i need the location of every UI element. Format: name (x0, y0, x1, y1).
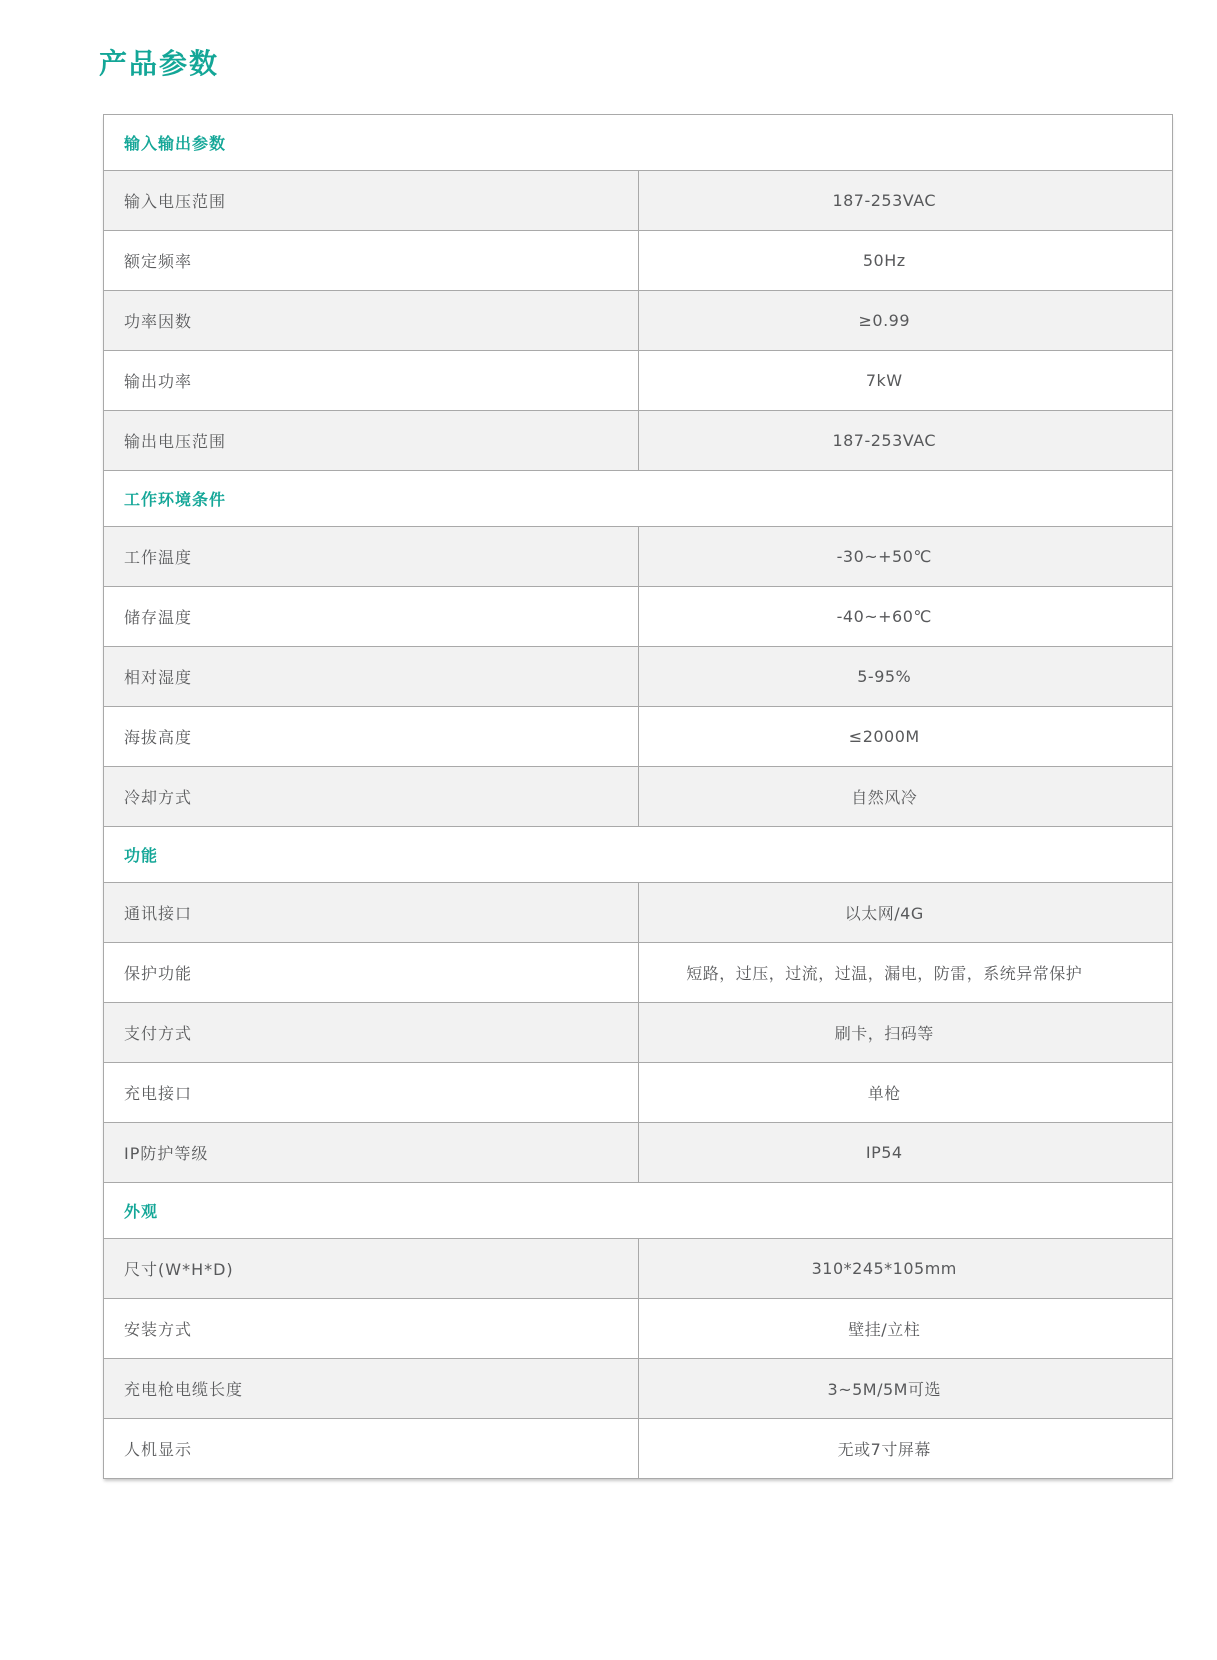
param-value: 无或7寸屏幕 (638, 1419, 1173, 1479)
param-value: 自然风冷 (638, 767, 1173, 827)
table-row: IP防护等级 IP54 (104, 1123, 1173, 1183)
table-row: 工作温度 -30~+50℃ (104, 527, 1173, 587)
param-label: 安装方式 (104, 1299, 639, 1359)
param-label: 人机显示 (104, 1419, 639, 1479)
param-value: 187-253VAC (638, 171, 1173, 231)
table-row: 充电枪电缆长度 3~5M/5M可选 (104, 1359, 1173, 1419)
param-label: IP防护等级 (104, 1123, 639, 1183)
param-value: 单枪 (638, 1063, 1173, 1123)
param-label: 相对湿度 (104, 647, 639, 707)
section-header-row: 外观 (104, 1183, 1173, 1239)
table-row: 人机显示 无或7寸屏幕 (104, 1419, 1173, 1479)
param-value: 壁挂/立柱 (638, 1299, 1173, 1359)
param-value: 5-95% (638, 647, 1173, 707)
table-row: 相对湿度 5-95% (104, 647, 1173, 707)
param-value: ≥0.99 (638, 291, 1173, 351)
table-row: 安装方式 壁挂/立柱 (104, 1299, 1173, 1359)
table-row: 功率因数 ≥0.99 (104, 291, 1173, 351)
section-header-row: 功能 (104, 827, 1173, 883)
param-label: 充电接口 (104, 1063, 639, 1123)
param-value: 7kW (638, 351, 1173, 411)
page-title: 产品参数 (99, 47, 1217, 81)
param-label: 尺寸(W*H*D) (104, 1239, 639, 1299)
param-label: 储存温度 (104, 587, 639, 647)
table-row: 输出功率 7kW (104, 351, 1173, 411)
section-header-row: 输入输出参数 (104, 115, 1173, 171)
param-label: 输出电压范围 (104, 411, 639, 471)
table-row: 海拔高度 ≤2000M (104, 707, 1173, 767)
param-label: 输入电压范围 (104, 171, 639, 231)
section-header-label: 输入输出参数 (104, 115, 1173, 171)
spec-table: 输入输出参数 输入电压范围 187-253VAC 额定频率 50Hz 功率因数 … (103, 114, 1173, 1479)
param-value: 短路，过压，过流，过温，漏电，防雷，系统异常保护 (638, 943, 1173, 1003)
table-row: 冷却方式 自然风冷 (104, 767, 1173, 827)
table-row: 额定频率 50Hz (104, 231, 1173, 291)
param-label: 支付方式 (104, 1003, 639, 1063)
param-value: ≤2000M (638, 707, 1173, 767)
param-value: 50Hz (638, 231, 1173, 291)
param-value: -40~+60℃ (638, 587, 1173, 647)
table-row: 保护功能 短路，过压，过流，过温，漏电，防雷，系统异常保护 (104, 943, 1173, 1003)
param-value: 3~5M/5M可选 (638, 1359, 1173, 1419)
param-label: 工作温度 (104, 527, 639, 587)
param-label: 保护功能 (104, 943, 639, 1003)
param-label: 充电枪电缆长度 (104, 1359, 639, 1419)
spec-table-body: 输入输出参数 输入电压范围 187-253VAC 额定频率 50Hz 功率因数 … (104, 115, 1173, 1479)
table-row: 通讯接口 以太网/4G (104, 883, 1173, 943)
table-row: 输入电压范围 187-253VAC (104, 171, 1173, 231)
table-row: 储存温度 -40~+60℃ (104, 587, 1173, 647)
section-header-row: 工作环境条件 (104, 471, 1173, 527)
param-value: 187-253VAC (638, 411, 1173, 471)
param-value: 刷卡，扫码等 (638, 1003, 1173, 1063)
table-row: 尺寸(W*H*D) 310*245*105mm (104, 1239, 1173, 1299)
spec-table-container: 输入输出参数 输入电压范围 187-253VAC 额定频率 50Hz 功率因数 … (103, 114, 1173, 1479)
param-label: 海拔高度 (104, 707, 639, 767)
param-label: 冷却方式 (104, 767, 639, 827)
param-label: 通讯接口 (104, 883, 639, 943)
param-label: 输出功率 (104, 351, 639, 411)
param-value: 310*245*105mm (638, 1239, 1173, 1299)
param-value: IP54 (638, 1123, 1173, 1183)
param-value: 以太网/4G (638, 883, 1173, 943)
param-label: 额定频率 (104, 231, 639, 291)
table-row: 充电接口 单枪 (104, 1063, 1173, 1123)
param-label: 功率因数 (104, 291, 639, 351)
section-header-label: 工作环境条件 (104, 471, 1173, 527)
param-value: -30~+50℃ (638, 527, 1173, 587)
table-row: 支付方式 刷卡，扫码等 (104, 1003, 1173, 1063)
table-row: 输出电压范围 187-253VAC (104, 411, 1173, 471)
section-header-label: 功能 (104, 827, 1173, 883)
section-header-label: 外观 (104, 1183, 1173, 1239)
